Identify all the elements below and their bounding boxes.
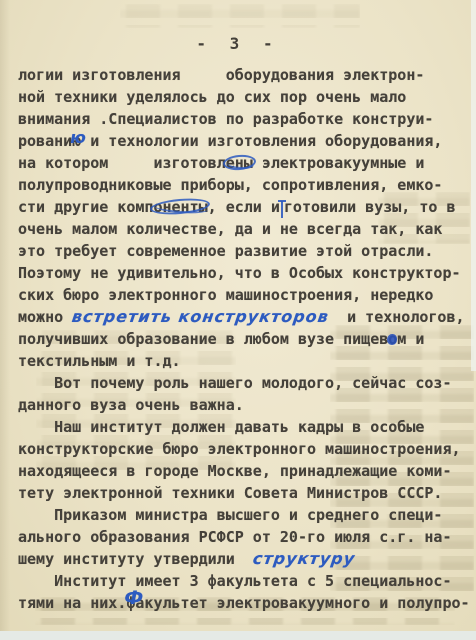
typed-text: текстильным и т.д. — [18, 352, 181, 370]
scan-edge-strip — [471, 0, 476, 371]
typed-text: Поэтому не удивительно, что в Особых кон… — [18, 264, 461, 282]
text-line: рованиюю и технологии изготовления обору… — [18, 130, 470, 152]
text-line: данного вуза очень важна. — [18, 394, 470, 416]
typed-text: Вот почему роль нашего молодого, сейчас … — [18, 374, 451, 392]
typed-text: ной техники уделялось до сих пор очень м… — [18, 88, 406, 106]
typed-text: данного вуза очень важна. — [18, 396, 244, 414]
typed-text: Институт имеет 3 факультета с 5 специаль… — [18, 572, 451, 590]
typed-text: и технологии изготовления оборудования, — [81, 132, 442, 150]
typed-text: и технологов, — [329, 308, 464, 326]
typed-text: получивших образование в любом вузе пище… — [18, 330, 388, 348]
typed-text: полупроводниковые приборы, сопротивления… — [18, 176, 442, 194]
text-line: тями на них.фФакультет электровакуумного… — [18, 592, 470, 614]
document-page: - 3 - логии изготовления оборудования эл… — [0, 0, 476, 640]
text-line: ального образования РСФСР от 20-го июля … — [18, 526, 470, 548]
text-line: сти другие компоненты, если иготовили ву… — [18, 196, 470, 218]
text-line: очень малом количестве, да и не всегда т… — [18, 218, 470, 240]
pen-insertion-caret-mark — [281, 201, 283, 218]
pen-ink-blob-over-letter: о — [388, 330, 397, 348]
text-line: полупроводниковые приборы, сопротивления… — [18, 174, 470, 196]
text-line: ной техники уделялось до сих пор очень м… — [18, 86, 470, 108]
typed-text: тями на них. — [18, 594, 126, 612]
typed-text-with-pen-scribble: оненты — [153, 196, 207, 218]
text-line: шему институту утвердили структуру — [18, 548, 470, 570]
typed-text: , если и — [208, 198, 280, 216]
typed-text: можно — [18, 308, 72, 326]
text-line: Вот почему роль нашего молодого, сейчас … — [18, 372, 470, 394]
handwritten-blue-letter: Ф — [124, 587, 143, 609]
page-number: - 3 - — [0, 34, 476, 53]
handwritten-overwrite: фФ — [126, 592, 135, 614]
typed-text: акультет электровакуумного и полупро- — [135, 594, 469, 612]
typed-text: шему институту утвердили — [18, 550, 253, 568]
typed-text: готовили вузы, то в — [284, 198, 456, 216]
typed-text: очень малом количестве, да и не всегда т… — [18, 220, 442, 238]
typed-text: сти другие комп — [18, 198, 153, 216]
typed-text: это требует современное развитие этой от… — [18, 242, 433, 260]
typed-text: ровани — [18, 132, 72, 150]
handwritten-overwrite: юю — [72, 130, 81, 152]
typed-text: внимания .Специалистов по разработке кон… — [18, 110, 433, 128]
text-line: конструкторские бюро электронного машино… — [18, 438, 470, 460]
text-line: это требует современное развитие этой от… — [18, 240, 470, 262]
handwritten-blue-text: встретить конструкторов — [71, 306, 331, 328]
typed-text-with-pen-scribble: ены — [226, 152, 253, 174]
text-line: Институт имеет 3 факультета с 5 специаль… — [18, 570, 470, 592]
text-line: Поэтому не удивительно, что в Особых кон… — [18, 262, 470, 284]
typed-text: ального образования РСФСР от 20-го июля … — [18, 528, 451, 546]
text-line: получивших образование в любом вузе пище… — [18, 328, 470, 350]
handwritten-blue-text: структуру — [251, 548, 356, 570]
scan-edge-shadow — [0, 0, 10, 640]
text-line: текстильным и т.д. — [18, 350, 470, 372]
typed-text: Наш институт должен давать кадры в особы… — [18, 418, 424, 436]
text-line: тету электронной техники Совета Министро… — [18, 482, 470, 504]
handwritten-blue-letter: ю — [70, 127, 86, 149]
scan-edge-strip — [0, 631, 476, 640]
text-line: можно встретить конструкторов и технолог… — [18, 306, 470, 328]
text-line: Приказом министра высшего и среднего спе… — [18, 504, 470, 526]
text-line: Наш институт должен давать кадры в особы… — [18, 416, 470, 438]
typed-text: логии изготовления оборудования электрон… — [18, 66, 424, 84]
typed-text: находящееся в городе Москве, принадлежащ… — [18, 462, 451, 480]
typed-text: тету электронной техники Совета Министро… — [18, 484, 442, 502]
text-line: ских бюро электронного машиностроения, н… — [18, 284, 470, 306]
text-line: находящееся в городе Москве, принадлежащ… — [18, 460, 470, 482]
typed-text: конструкторские бюро электронного машино… — [18, 440, 461, 458]
typed-text: м и — [397, 330, 424, 348]
text-line: внимания .Специалистов по разработке кон… — [18, 108, 470, 130]
typed-text: ских бюро электронного машиностроения, н… — [18, 286, 433, 304]
typewritten-body: логии изготовления оборудования электрон… — [18, 64, 470, 614]
typed-text: электровакуумные и — [253, 154, 425, 172]
text-line: логии изготовления оборудования электрон… — [18, 64, 470, 86]
bleedthrough-ghost-text — [120, 4, 360, 28]
text-line: на котором изготовлены электровакуумные … — [18, 152, 470, 174]
typed-text: Приказом министра высшего и среднего спе… — [18, 506, 442, 524]
typed-text: на котором изготовл — [18, 154, 226, 172]
